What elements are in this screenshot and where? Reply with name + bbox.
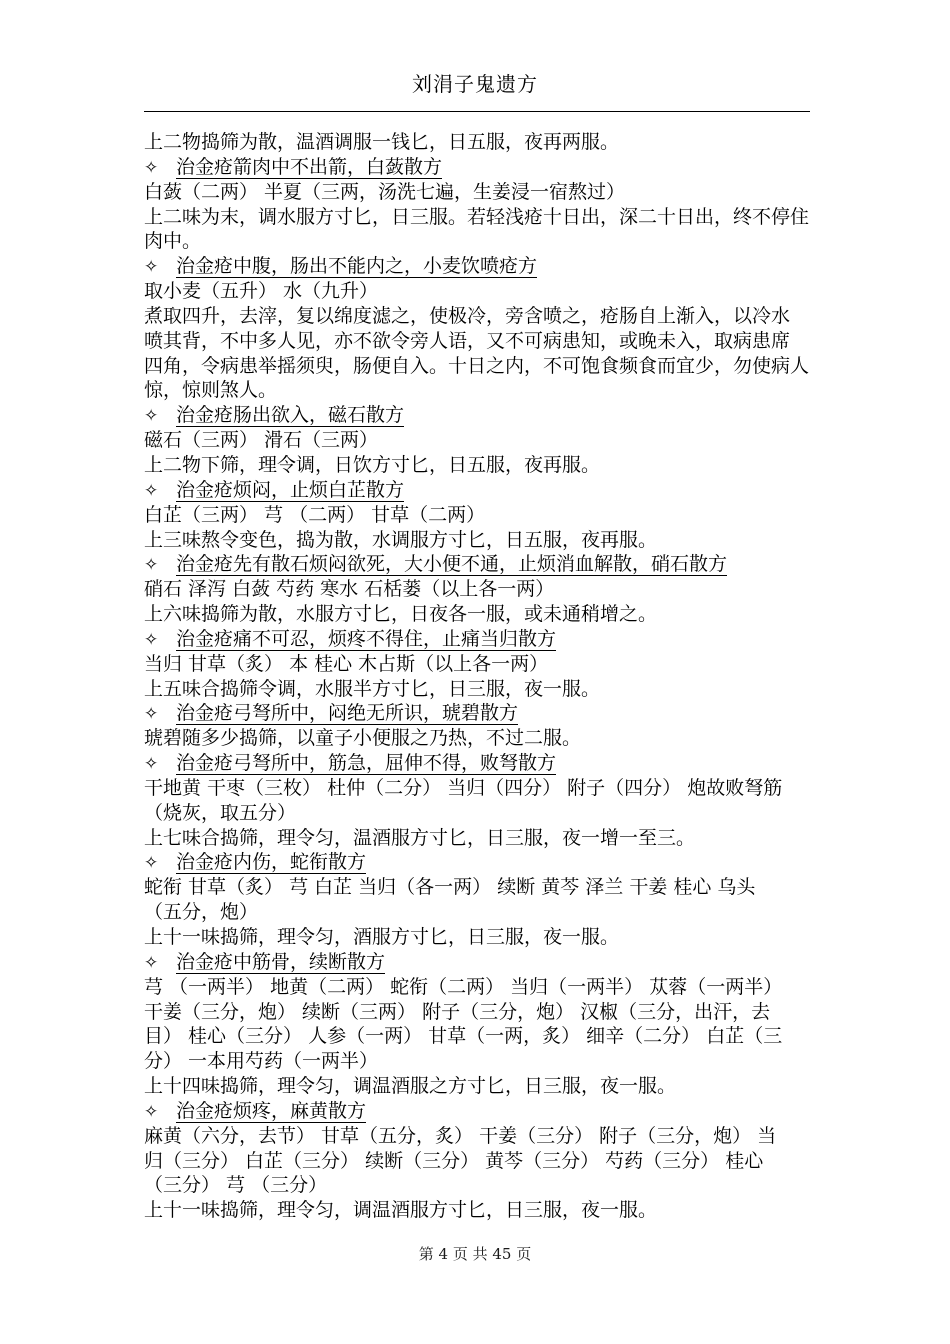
body-text-line: 喷其背，不中多人见，亦不欲令旁人语，又不可病患知，或晚未入，取病患席 [144,329,824,354]
body-text-line: 干地黄 干枣（三枚） 杜仲（二分） 当归（四分） 附子（四分） 炮故败弩筋 [144,776,824,801]
heading-text: 治金疮内伤，蛇衔散方 [176,851,366,874]
body-text-line: 上七味合捣筛，理令匀，温酒服方寸匕，日三服，夜一增一至三。 [144,826,824,851]
body-text-line: 上二物捣筛为散，温酒调服一钱匕，日五服，夜再两服。 [144,130,824,155]
body-text-line: 归（三分） 白芷（三分） 续断（三分） 黄芩（三分） 芍药（三分） 桂心 [144,1149,824,1174]
diamond-bullet-icon: ✧ [144,156,176,181]
body-text-line: 蛇衔 甘草（炙） 芎 白芷 当归（各一两） 续断 黄芩 泽兰 干姜 桂心 乌头 [144,875,824,900]
recipe-heading-line: ✧治金疮中筋骨，续断散方 [144,950,824,975]
body-text-line: 上五味合捣筛令调，水服半方寸匕，日三服，夜一服。 [144,677,824,702]
body-text-line: 目） 桂心（三分） 人参（一两） 甘草（一两，炙） 细辛（二分） 白芷（三 [144,1024,824,1049]
diamond-bullet-icon: ✧ [144,851,176,876]
recipe-heading-line: ✧治金疮烦疼，麻黄散方 [144,1099,824,1124]
document-body: 上二物捣筛为散，温酒调服一钱匕，日五服，夜再两服。✧治金疮箭肉中不出箭，白蔹散方… [144,130,824,1223]
recipe-heading-line: ✧治金疮痛不可忍，烦疼不得住，止痛当归散方 [144,627,824,652]
body-text-line: 白蔹（二两） 半夏（三两，汤洗七遍，生姜浸一宿熬过） [144,180,824,205]
body-text-line: 磁石（三两） 滑石（三两） [144,428,824,453]
heading-text: 治金疮弓弩所中，筋急，屈伸不得，败弩散方 [176,752,556,775]
body-text-line: 当归 甘草（炙） 本 桂心 木占斯（以上各一两） [144,652,824,677]
heading-text: 治金疮烦闷，止烦白芷散方 [176,479,404,502]
heading-text: 治金疮痛不可忍，烦疼不得住，止痛当归散方 [176,628,556,651]
page-footer: 第 4 页 共 45 页 [0,1243,950,1264]
diamond-bullet-icon: ✧ [144,752,176,777]
diamond-bullet-icon: ✧ [144,553,176,578]
body-text-line: 上三味熬令变色，捣为散，水调服方寸匕，日五服，夜再服。 [144,528,824,553]
body-text-line: 惊，惊则煞人。 [144,378,824,403]
heading-text: 治金疮肠出欲入，磁石散方 [176,404,404,427]
body-text-line: 上十四味捣筛，理令匀，调温酒服之方寸匕，日三服，夜一服。 [144,1074,824,1099]
diamond-bullet-icon: ✧ [144,951,176,976]
recipe-heading-line: ✧治金疮箭肉中不出箭，白蔹散方 [144,155,824,180]
body-text-line: 肉中。 [144,229,824,254]
body-text-line: 琥碧随多少捣筛，以童子小便服之乃热，不过二服。 [144,726,824,751]
body-text-line: 硝石 泽泻 白蔹 芍药 寒水 石栝蒌（以上各一两） [144,577,824,602]
body-text-line: 芎 （一两半） 地黄（二两） 蛇衔（二两） 当归（一两半） 苁蓉（一两半） [144,975,824,1000]
body-text-line: （烧灰，取五分） [144,801,824,826]
heading-text: 治金疮中筋骨，续断散方 [176,951,385,974]
recipe-heading-line: ✧治金疮内伤，蛇衔散方 [144,850,824,875]
body-text-line: 煮取四升，去滓，复以绵度滤之，使极冷，旁含喷之，疮肠自上渐入，以冷水 [144,304,824,329]
recipe-heading-line: ✧治金疮烦闷，止烦白芷散方 [144,478,824,503]
diamond-bullet-icon: ✧ [144,628,176,653]
body-text-line: 分） 一本用芍药（一两半） [144,1049,824,1074]
body-text-line: 上二物下筛，理令调，日饮方寸匕，日五服，夜再服。 [144,453,824,478]
body-text-line: 上二味为末，调水服方寸匕，日三服。若轻浅疮十日出，深二十日出，终不停住 [144,205,824,230]
recipe-heading-line: ✧治金疮先有散石烦闷欲死，大小便不通，止烦消血解散，硝石散方 [144,552,824,577]
body-text-line: （五分，炮） [144,900,824,925]
header-divider-rule [144,111,810,112]
heading-text: 治金疮烦疼，麻黄散方 [176,1100,366,1123]
heading-text: 治金疮先有散石烦闷欲死，大小便不通，止烦消血解散，硝石散方 [176,553,727,576]
diamond-bullet-icon: ✧ [144,1100,176,1125]
body-text-line: 取小麦（五升） 水（九升） [144,279,824,304]
heading-text: 治金疮箭肉中不出箭，白蔹散方 [176,156,442,179]
body-text-line: 麻黄（六分，去节） 甘草（五分，炙） 干姜（三分） 附子（三分，炮） 当 [144,1124,824,1149]
heading-text: 治金疮中腹，肠出不能内之，小麦饮喷疮方 [176,255,537,278]
recipe-heading-line: ✧治金疮肠出欲入，磁石散方 [144,403,824,428]
body-text-line: 上六味捣筛为散，水服方寸匕，日夜各一服，或未通稍增之。 [144,602,824,627]
recipe-heading-line: ✧治金疮弓弩所中，筋急，屈伸不得，败弩散方 [144,751,824,776]
body-text-line: 干姜（三分，炮） 续断（三两） 附子（三分，炮） 汉椒（三分，出汗，去 [144,1000,824,1025]
body-text-line: （三分） 芎 （三分） [144,1173,824,1198]
heading-text: 治金疮弓弩所中，闷绝无所识，琥碧散方 [176,702,518,725]
document-page: 刘涓子鬼遗方 上二物捣筛为散，温酒调服一钱匕，日五服，夜再两服。✧治金疮箭肉中不… [0,0,950,1344]
diamond-bullet-icon: ✧ [144,404,176,429]
diamond-bullet-icon: ✧ [144,702,176,727]
body-text-line: 上十一味捣筛，理令匀，调温酒服方寸匕，日三服，夜一服。 [144,1198,824,1223]
diamond-bullet-icon: ✧ [144,479,176,504]
body-text-line: 上十一味捣筛，理令匀，酒服方寸匕，日三服，夜一服。 [144,925,824,950]
page-title: 刘涓子鬼遗方 [0,68,950,97]
recipe-heading-line: ✧治金疮弓弩所中，闷绝无所识，琥碧散方 [144,701,824,726]
diamond-bullet-icon: ✧ [144,255,176,280]
recipe-heading-line: ✧治金疮中腹，肠出不能内之，小麦饮喷疮方 [144,254,824,279]
body-text-line: 白芷（三两） 芎 （二两） 甘草（二两） [144,503,824,528]
body-text-line: 四角，令病患举摇须臾，肠便自入。十日之内，不可饱食频食而宜少，勿使病人 [144,354,824,379]
